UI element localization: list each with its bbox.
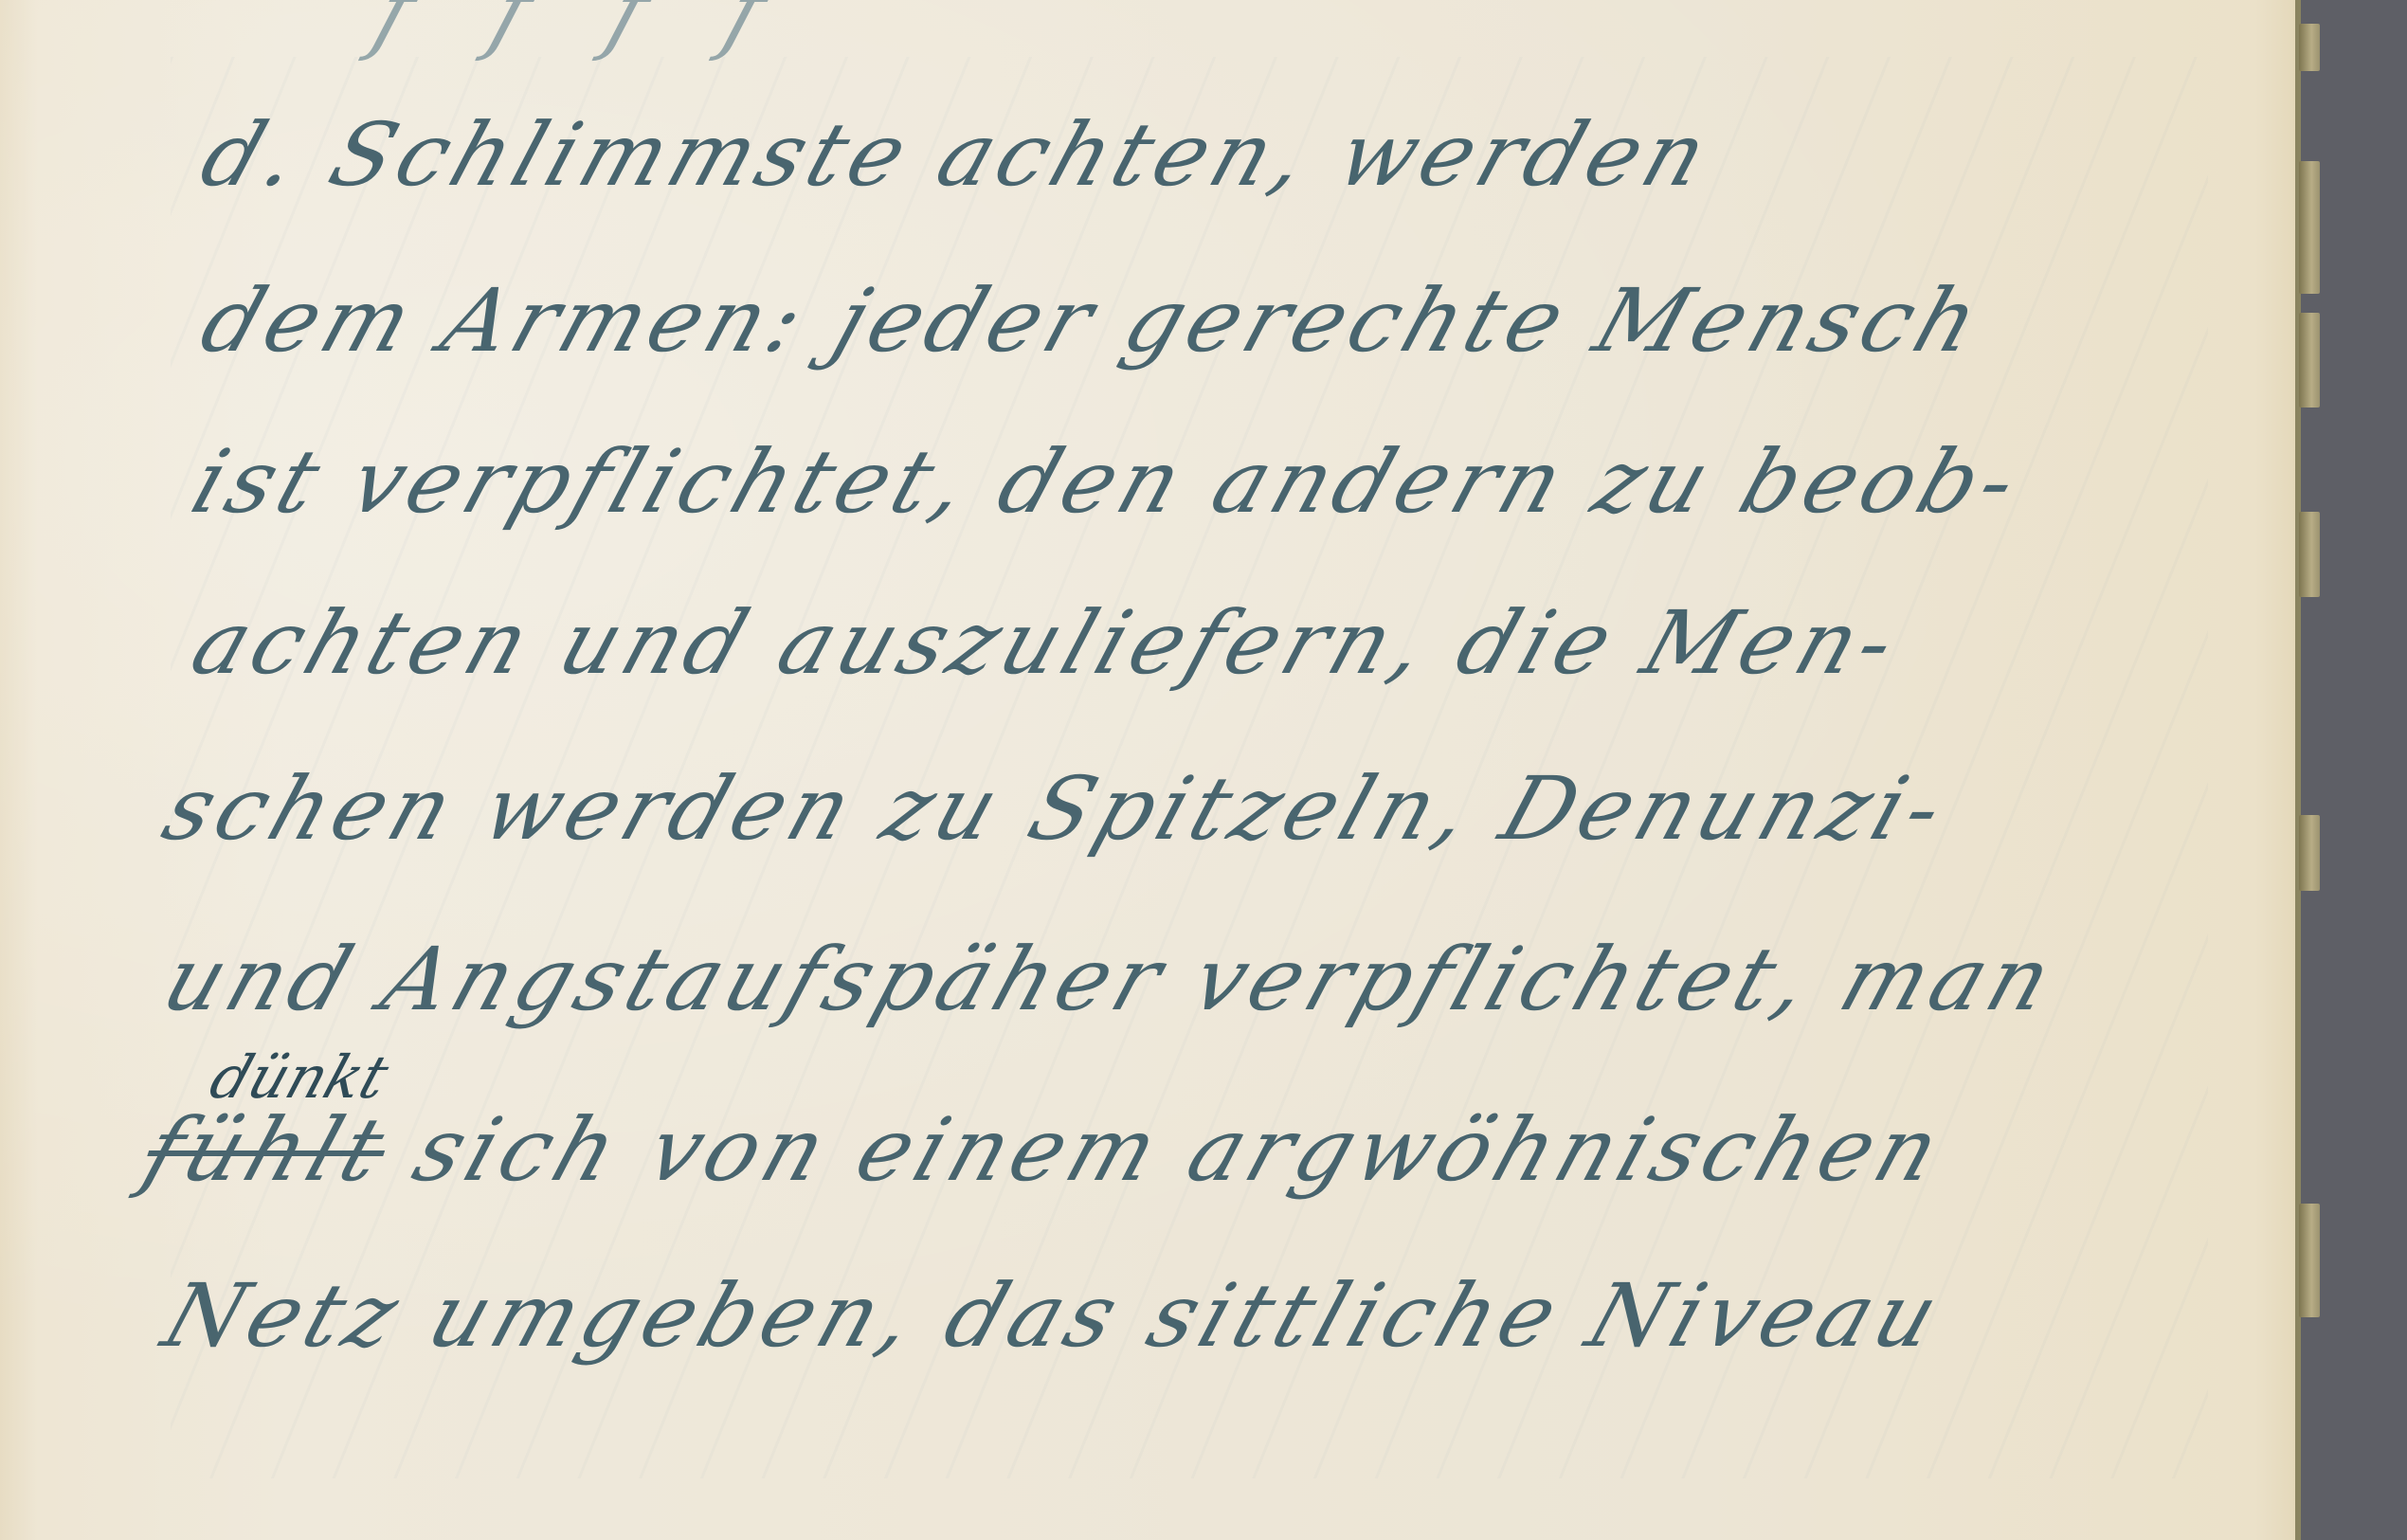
handwritten-line-6: und Angstaufspäher verpflichtet, man (152, 929, 2069, 1030)
line-7-text: sich von einem argwöhnischen (402, 1099, 1957, 1201)
handwritten-line-4: achten und auszuliefern, die Men- (180, 592, 1912, 694)
handwritten-line-5: schen werden zu Spitzeln, Denunzi- (152, 758, 1961, 860)
handwritten-line-3: ist verpflichtet, den andern zu beob- (180, 431, 2035, 533)
binding-tab (2299, 512, 2320, 597)
manuscript-page: f f f f d. Schlimmste achten, werden dem… (0, 0, 2301, 1540)
handwritten-line-8: Netz umgeben, das sittliche Niveau (152, 1265, 1956, 1367)
binding-tab (2299, 815, 2320, 891)
struck-out-word: fühlt (133, 1099, 402, 1201)
cut-off-top-line: f f f f (363, 0, 807, 63)
handwritten-line-1: d. Schlimmste achten, werden (190, 104, 1725, 206)
binding-tab (2299, 24, 2320, 71)
binding-tab (2299, 313, 2320, 408)
binding-tab (2299, 161, 2320, 294)
handwritten-line-2: dem Armen: jeder gerechte Mensch (190, 270, 1997, 371)
binding-tab (2299, 1204, 2320, 1317)
handwritten-line-7: fühlt sich von einem argwöhnischen (133, 1099, 1957, 1201)
